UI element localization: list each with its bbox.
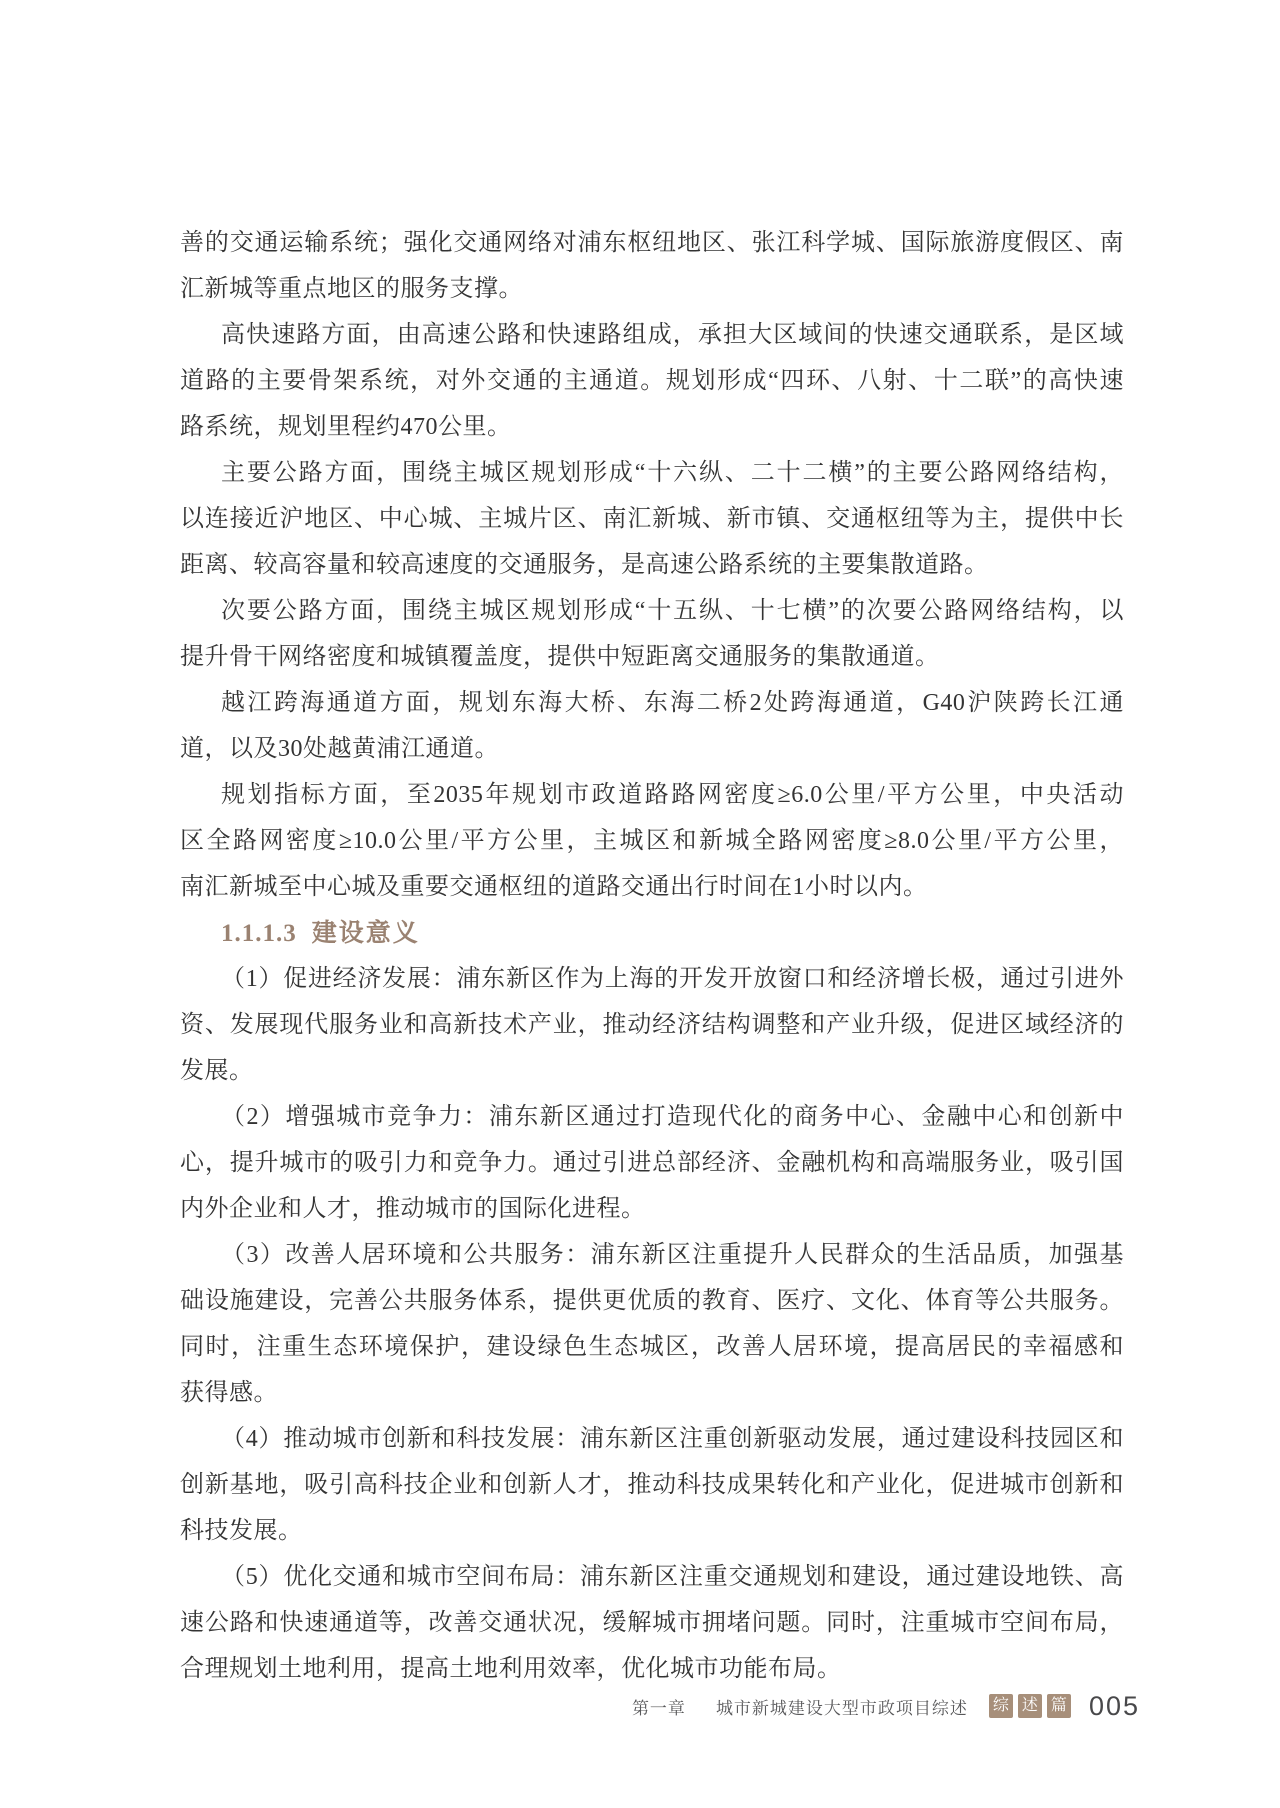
body-line: 距离、较高容量和较高速度的交通服务，是高速公路系统的主要集散道路。	[180, 542, 1124, 588]
body-text: 善的交通运输系统；强化交通网络对浦东枢纽地区、张江科学城、国际旅游度假区、南汇新…	[180, 220, 1124, 1692]
body-line: 获得感。	[180, 1370, 1124, 1416]
body-line: 规划指标方面，至2035年规划市政道路路网密度≥6.0公里/平方公里，中央活动	[180, 772, 1124, 818]
body-line: （1）促进经济发展：浦东新区作为上海的开发开放窗口和经济增长极，通过引进外	[180, 956, 1124, 1002]
body-line: 路系统，规划里程约470公里。	[180, 404, 1124, 450]
body-line: 创新基地，吸引高科技企业和创新人才，推动科技成果转化和产业化，促进城市创新和	[180, 1462, 1124, 1508]
footer-section-seals: 综 述 篇	[984, 1694, 1071, 1718]
seal-stamp: 综	[989, 1694, 1013, 1718]
body-line: （2）增强城市竞争力：浦东新区通过打造现代化的商务中心、金融中心和创新中	[180, 1094, 1124, 1140]
body-line: 汇新城等重点地区的服务支撑。	[180, 266, 1124, 312]
body-line: （4）推动城市创新和科技发展：浦东新区注重创新驱动发展，通过建设科技园区和	[180, 1416, 1124, 1462]
page-footer: 第一章 城市新城建设大型市政项目综述 综 述 篇 005	[632, 1688, 1140, 1724]
section-title: 建设意义	[312, 919, 420, 947]
body-line: 科技发展。	[180, 1508, 1124, 1554]
body-line: 道路的主要骨架系统，对外交通的主通道。规划形成“四环、八射、十二联”的高快速	[180, 358, 1124, 404]
section-number: 1.1.1.3	[221, 920, 297, 947]
body-line: 发展。	[180, 1048, 1124, 1094]
body-line: （3）改善人居环境和公共服务：浦东新区注重提升人民群众的生活品质，加强基	[180, 1232, 1124, 1278]
document-page: 善的交通运输系统；强化交通网络对浦东枢纽地区、张江科学城、国际旅游度假区、南汇新…	[0, 0, 1280, 1808]
body-line: 道，以及30处越黄浦江通道。	[180, 726, 1124, 772]
body-line: 区全路网密度≥10.0公里/平方公里，主城区和新城全路网密度≥8.0公里/平方公…	[180, 818, 1124, 864]
body-line: 内外企业和人才，推动城市的国际化进程。	[180, 1186, 1124, 1232]
body-line: 以连接近沪地区、中心城、主城片区、南汇新城、新市镇、交通枢纽等为主，提供中长	[180, 496, 1124, 542]
body-line: 次要公路方面，围绕主城区规划形成“十五纵、十七横”的次要公路网络结构，以	[180, 588, 1124, 634]
footer-chapter-label: 第一章	[632, 1694, 686, 1719]
body-line: 越江跨海通道方面，规划东海大桥、东海二桥2处跨海通道，G40沪陕跨长江通	[180, 680, 1124, 726]
body-line: 同时，注重生态环境保护，建设绿色生态城区，改善人居环境，提高居民的幸福感和	[180, 1324, 1124, 1370]
seal-stamp: 述	[1018, 1694, 1042, 1718]
body-line: 主要公路方面，围绕主城区规划形成“十六纵、二十二横”的主要公路网络结构，	[180, 450, 1124, 496]
body-line: 合理规划土地利用，提高土地利用效率，优化城市功能布局。	[180, 1646, 1124, 1692]
section-heading: 1.1.1.3建设意义	[180, 910, 1124, 956]
body-line: 速公路和快速通道等，改善交通状况，缓解城市拥堵问题。同时，注重城市空间布局，	[180, 1600, 1124, 1646]
body-line: 资、发展现代服务业和高新技术产业，推动经济结构调整和产业升级，促进区域经济的	[180, 1002, 1124, 1048]
body-line: 南汇新城至中心城及重要交通枢纽的道路交通出行时间在1小时以内。	[180, 864, 1124, 910]
body-line: 心，提升城市的吸引力和竞争力。通过引进总部经济、金融机构和高端服务业，吸引国	[180, 1140, 1124, 1186]
seal-stamp: 篇	[1047, 1694, 1071, 1718]
body-line: 高快速路方面，由高速公路和快速路组成，承担大区域间的快速交通联系，是区域	[180, 312, 1124, 358]
page-number: 005	[1089, 1691, 1140, 1722]
body-line: （5）优化交通和城市空间布局：浦东新区注重交通规划和建设，通过建设地铁、高	[180, 1554, 1124, 1600]
body-line: 础设施建设，完善公共服务体系，提供更优质的教育、医疗、文化、体育等公共服务。	[180, 1278, 1124, 1324]
body-line: 提升骨干网络密度和城镇覆盖度，提供中短距离交通服务的集散通道。	[180, 634, 1124, 680]
body-line: 善的交通运输系统；强化交通网络对浦东枢纽地区、张江科学城、国际旅游度假区、南	[180, 220, 1124, 266]
footer-chapter-title: 城市新城建设大型市政项目综述	[716, 1694, 968, 1719]
